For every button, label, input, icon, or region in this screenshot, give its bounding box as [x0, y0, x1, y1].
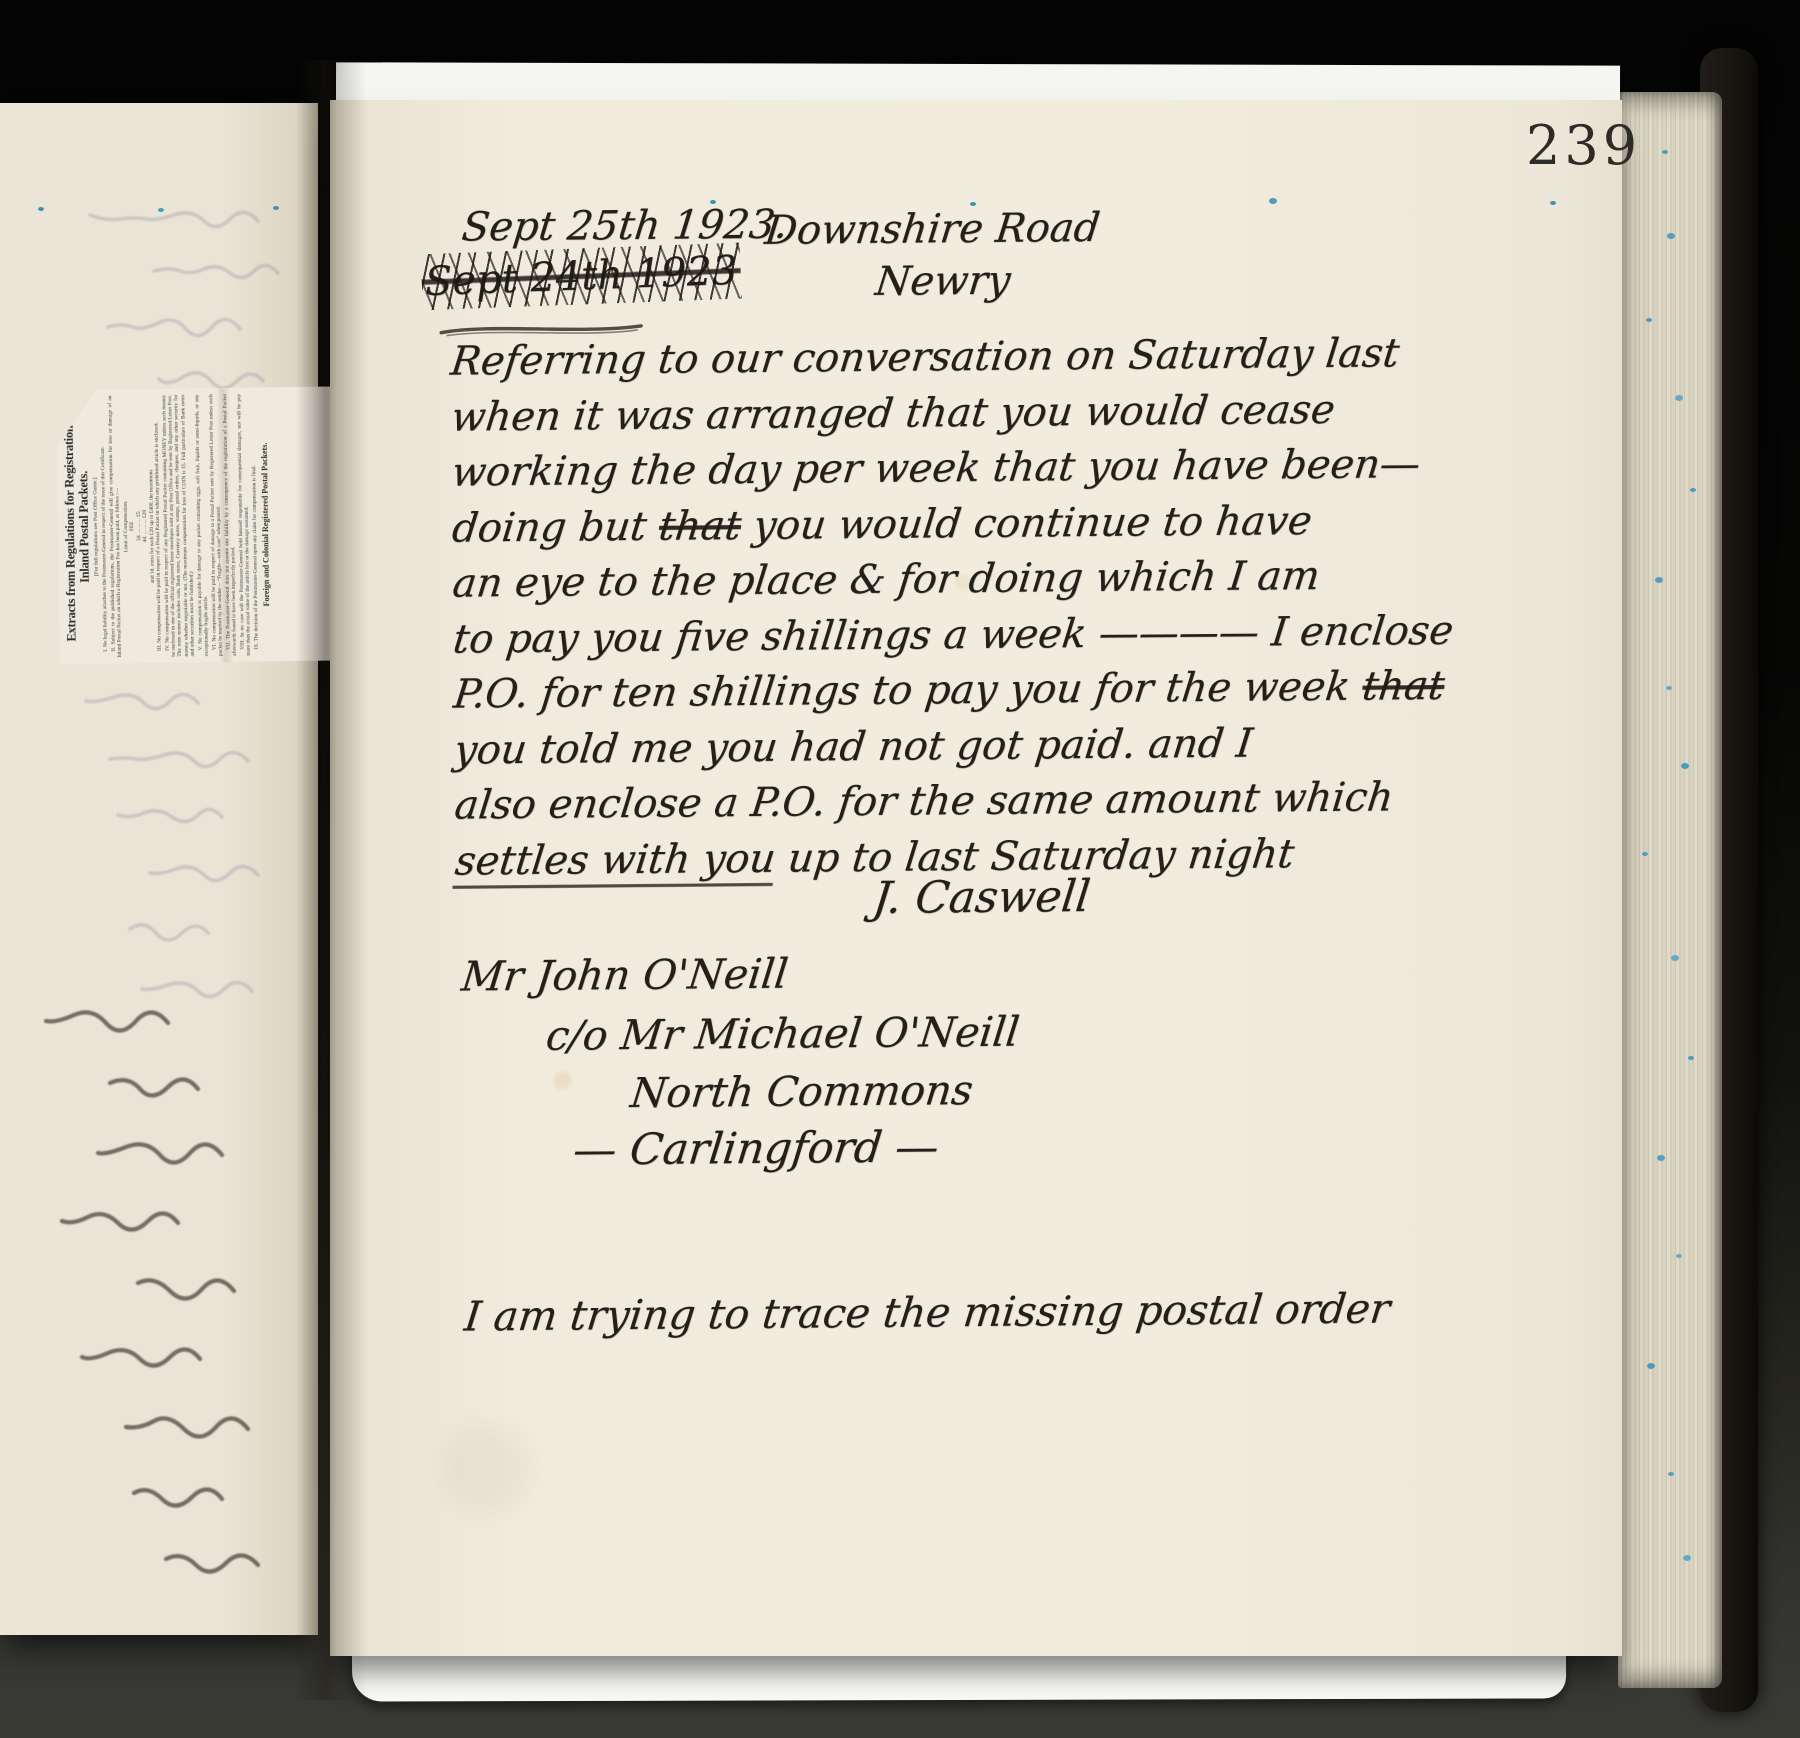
- letter-body-line: you told me you had not got paid. and I: [451, 714, 1457, 778]
- letter-body-line: when it was arranged that you would ceas…: [448, 381, 1454, 445]
- letter-body-line: working the day per week that you have b…: [449, 437, 1455, 501]
- letter-body-line: an eye to the place & for doing which I …: [450, 548, 1456, 612]
- letter-body: Referring to our conversation on Saturda…: [447, 326, 1452, 890]
- clipping-sections-2: III. No compensation will be paid in res…: [153, 394, 260, 657]
- letter-body-line: P.O. for ten shillings to pay you for th…: [451, 659, 1457, 723]
- clipping-footer: Foreign and Colonial Registered Postal P…: [260, 393, 273, 655]
- letter-signature: J. Caswell: [870, 871, 1092, 924]
- fore-edge-blue-specks: [1662, 150, 1668, 154]
- recipient-town: — Carlingford —: [571, 1122, 942, 1175]
- clipping-sections: I. No legal liability attaches to the Po…: [99, 395, 123, 657]
- recipient-care-of: c/o Mr Michael O'Neill: [544, 1008, 1022, 1060]
- clipping-fee-table: Limit of Compensation.FEE3d. ... ... ...…: [121, 395, 157, 657]
- letter-address-line-2: Newry: [873, 258, 1013, 305]
- letter-address-line-1: Downshire Road: [763, 205, 1103, 254]
- right-page: 239 Sept 25th 1923. Downshire Road Newry…: [330, 100, 1622, 1656]
- recipient-name: Mr John O'Neill: [459, 950, 790, 1001]
- gutter-shadow: [296, 60, 366, 1700]
- left-page: [0, 103, 318, 1635]
- letter-body-line: to pay you five shillings a week ———— I …: [450, 603, 1456, 667]
- mirrored-ink-bleedthrough: [0, 103, 318, 1635]
- handwritten-letter: Sept 25th 1923. Downshire Road Newry Sep…: [323, 94, 1629, 1661]
- page-fore-edge-stack: [1618, 92, 1722, 1688]
- book-scan: Extracts from Regulations for Registrati…: [0, 0, 1800, 1738]
- clipping-paragraph: IV. No compensation will be paid in resp…: [161, 394, 196, 656]
- letter-body-line: doing but that you would continue to hav…: [449, 492, 1455, 556]
- letter-body-line: Referring to our conversation on Saturda…: [448, 326, 1454, 390]
- letter-date: Sept 25th 1923.: [460, 202, 791, 251]
- letter-postscript: I am trying to trace the missing postal …: [462, 1284, 1393, 1340]
- letter-scratched-date: Sept 24th 1923: [424, 248, 738, 305]
- left-page-edge-specks: [38, 207, 44, 211]
- clipping-title: Extracts from Regulations for Registrati…: [62, 396, 93, 658]
- letter-body-line: also enclose a P.O. for the same amount …: [452, 770, 1458, 834]
- recipient-townland: North Commons: [628, 1066, 975, 1117]
